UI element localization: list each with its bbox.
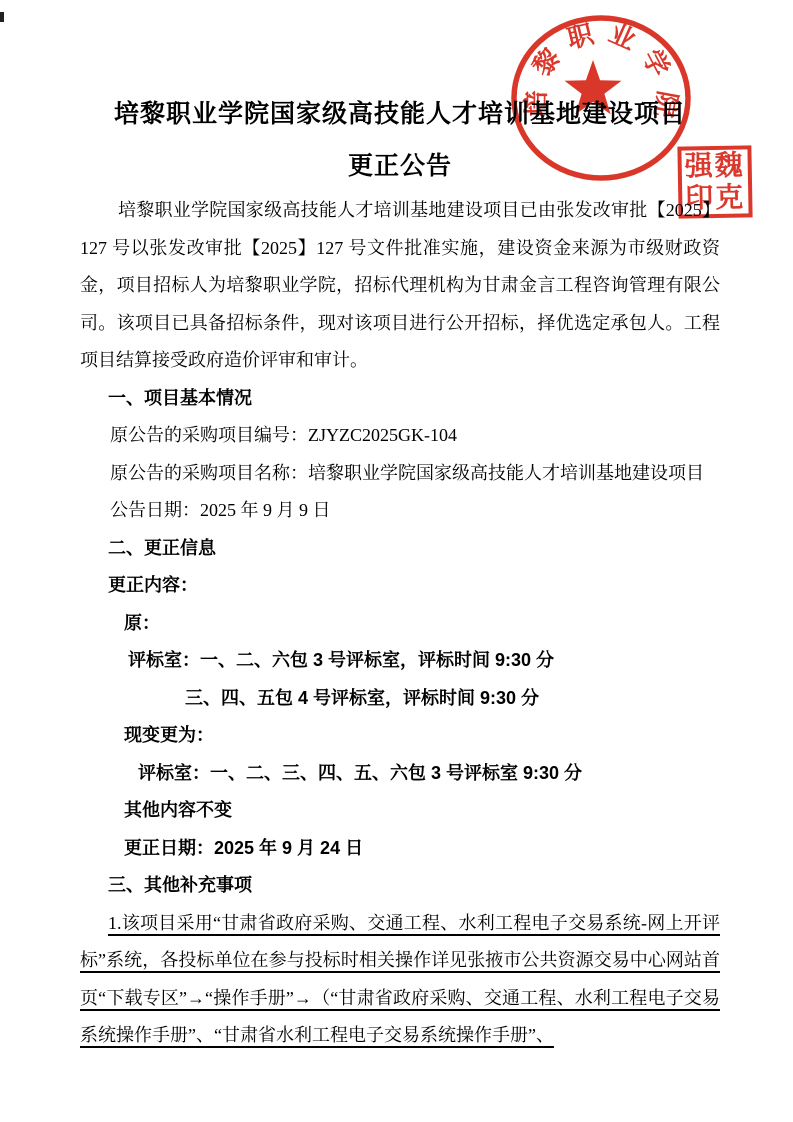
correction-date-line: 更正日期：2025 年 9 月 24 日 [80,830,720,868]
project-name-line: 原公告的采购项目名称：培黎职业学院国家级高技能人才培训基地建设项目 [80,455,720,493]
correction-content-label: 更正内容： [80,567,720,605]
document-content: 培黎职业学院国家级高技能人才培训基地建设项目 更正公告 培黎职业学院国家级高技能… [0,88,793,1055]
scan-artifact-mark [0,12,4,22]
document-title-line1: 培黎职业学院国家级高技能人才培训基地建设项目 [80,88,720,140]
section3-heading: 三、其他补充事项 [80,867,720,905]
original-room-line1: 评标室：一、二、六包 3 号评标室，评标时间 9:30 分 [80,642,720,680]
changed-to-label: 现变更为： [80,717,720,755]
intro-paragraph: 培黎职业学院国家级高技能人才培训基地建设项目已由张发改审批【2025】127 号… [80,192,720,380]
document-page: 培黎职业学院国家级高技能人才培训基地建设项目 更正公告 培黎职业学院国家级高技能… [0,0,793,1122]
supplementary-paragraph: 1.该项目采用“甘肃省政府采购、交通工程、水利工程电子交易系统-网上开评标”系统… [80,905,720,1055]
original-label: 原： [80,605,720,643]
title-block: 培黎职业学院国家级高技能人才培训基地建设项目 更正公告 [80,88,720,192]
project-number-line: 原公告的采购项目编号：ZJYZC2025GK-104 [80,417,720,455]
section1-heading: 一、项目基本情况 [80,380,720,418]
document-title-line2: 更正公告 [80,140,720,192]
original-room-line2: 三、四、五包 4 号评标室，评标时间 9:30 分 [80,680,720,718]
changed-room-line: 评标室：一、二、三、四、五、六包 3 号评标室 9:30 分 [80,755,720,793]
other-unchanged-note: 其他内容不变 [80,792,720,830]
announcement-date-line: 公告日期：2025 年 9 月 9 日 [80,492,720,530]
section2-heading: 二、更正信息 [80,530,720,568]
